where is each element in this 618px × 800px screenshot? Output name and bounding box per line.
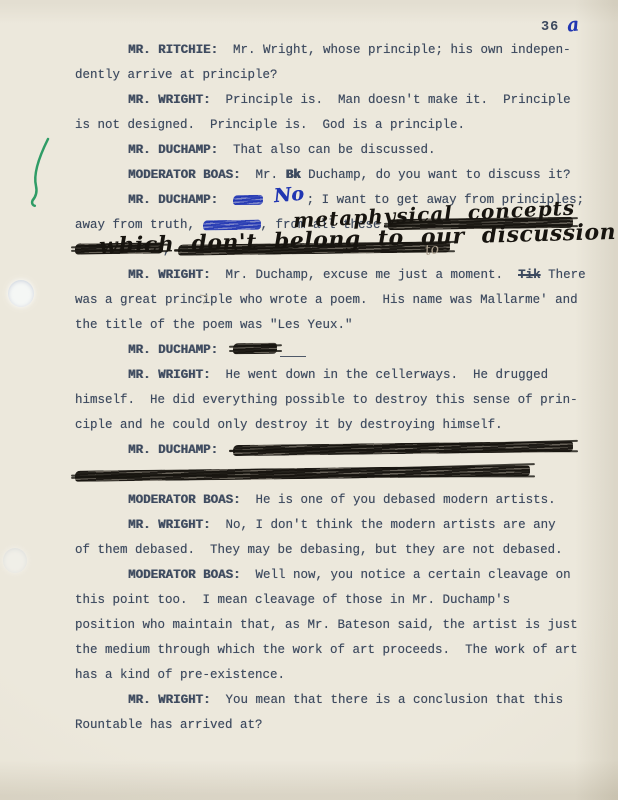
punch-hole-bottom <box>3 548 27 573</box>
ink-underline-mark <box>280 351 306 357</box>
transcript-line: ciple and he could only destroy it by de… <box>75 413 595 438</box>
typed-text: He is one of you debased modern artists. <box>241 493 556 507</box>
typed-text: Duchamp, do you want to discuss it? <box>301 168 571 182</box>
scanned-transcript-page: 36 a MR. RITCHIE: Mr. Wright, whose prin… <box>0 0 618 800</box>
typed-text: this point too. I mean cleavage of those… <box>75 593 510 607</box>
transcript-line: MR. DUCHAMP: <box>75 438 595 463</box>
typed-text: Rountable has arrived at? <box>75 718 263 732</box>
transcript-line: Rountable has arrived at? <box>75 713 595 738</box>
blue-ink-scribble <box>233 194 263 204</box>
typed-text: He went down in the cellerways. He drugg… <box>211 368 549 382</box>
transcript-body: MR. RITCHIE: Mr. Wright, whose principle… <box>75 38 595 738</box>
typed-text: has a kind of pre-existence. <box>75 668 285 682</box>
typed-text: the medium through which the work of art… <box>75 643 578 657</box>
typed-text: of them debased. They may be debasing, b… <box>75 543 563 557</box>
speaker-label: MR. WRIGHT: <box>128 368 211 382</box>
transcript-line: himself. He did everything possible to d… <box>75 388 595 413</box>
transcript-line: MR. RITCHIE: Mr. Wright, whose principle… <box>75 38 595 63</box>
struckout-word: Tik <box>518 268 541 282</box>
transcript-line: has a kind of pre-existence. <box>75 663 595 688</box>
speaker-label: MODERATOR BOAS: <box>128 493 241 507</box>
speaker-label: MR. WRIGHT: <box>128 268 211 282</box>
typed-text: Mr. Duchamp, excuse me just a moment. <box>211 268 519 282</box>
transcript-line: of them debased. They may be debasing, b… <box>75 538 595 563</box>
transcript-line: this point too. I mean cleavage of those… <box>75 588 595 613</box>
green-checkmark-annotation <box>24 134 58 210</box>
punch-hole-top <box>8 280 34 307</box>
speaker-label: MR. WRIGHT: <box>128 93 211 107</box>
blue-ink-scribble <box>202 219 260 229</box>
transcript-line: MR. WRIGHT: Mr. Duchamp, excuse me just … <box>75 263 595 288</box>
speaker-label: MR. WRIGHT: <box>128 693 211 707</box>
transcript-line <box>75 463 595 488</box>
typed-text: himself. He did everything possible to d… <box>75 393 578 407</box>
typed-text: position who maintain that, as Mr. Bates… <box>75 618 578 632</box>
typed-text: Mr. <box>241 168 286 182</box>
handwritten-no-correction: No <box>273 188 304 203</box>
typed-text: away from truth, <box>75 218 203 232</box>
speaker-label: MR. DUCHAMP: <box>128 443 218 457</box>
typed-text: ciple and he could only destroy it by de… <box>75 418 503 432</box>
speaker-label: MR. DUCHAMP: <box>128 193 218 207</box>
transcript-line: MR. WRIGHT: He went down in the cellerwa… <box>75 363 595 388</box>
transcript-line: MR. DUCHAMP: That also can be discussed. <box>75 138 595 163</box>
transcript-line: MR. WRIGHT: Principle is. Man doesn't ma… <box>75 88 595 113</box>
transcript-line: MR. WRIGHT: No, I don't think the modern… <box>75 513 595 538</box>
typed-text: the title of the poem was "Les Yeux." <box>75 318 353 332</box>
typed-text: Well now, you notice a certain cleavage … <box>241 568 571 582</box>
transcript-line: the title of the poem was "Les Yeux." <box>75 313 595 338</box>
ink-scribble-blackout <box>233 441 573 456</box>
speaker-label: MR. WRIGHT: <box>128 518 211 532</box>
typed-text: Mr. Wright, whose principle; his own ind… <box>218 43 571 57</box>
typed-text <box>263 193 271 207</box>
ink-scribble-blackout <box>75 465 530 482</box>
typed-text: was a great principle who wrote a poem. … <box>75 293 578 307</box>
transcript-line: is not designed. Principle is. God is a … <box>75 113 595 138</box>
transcript-line: MR. WRIGHT: You mean that there is a con… <box>75 688 595 713</box>
transcript-line: was a great principle who wrote a poem. … <box>75 288 595 313</box>
transcript-line: position who maintain that, as Mr. Bates… <box>75 613 595 638</box>
page-number-handwritten-suffix: a <box>566 13 581 36</box>
typed-text: You mean that there is a conclusion that… <box>211 693 564 707</box>
speaker-label: MODERATOR BOAS: <box>128 168 241 182</box>
transcript-line: the medium through which the work of art… <box>75 638 595 663</box>
transcript-line: MR. DUCHAMP: <box>75 338 595 363</box>
transcript-line: MODERATOR BOAS: Well now, you notice a c… <box>75 563 595 588</box>
transcript-line: dently arrive at principle? <box>75 63 595 88</box>
typed-text: That also can be discussed. <box>218 143 436 157</box>
pencil-annotation-to: to <box>424 241 440 259</box>
transcript-line: MODERATOR BOAS: Mr. Bk Duchamp, do you w… <box>75 163 595 188</box>
speaker-label: MR. DUCHAMP: <box>128 143 218 157</box>
speaker-label: MR. DUCHAMP: <box>128 343 218 357</box>
overtyped-word: Bk <box>286 168 301 182</box>
transcript-line: MODERATOR BOAS: He is one of you debased… <box>75 488 595 513</box>
ink-scribble-blackout <box>233 343 277 355</box>
speaker-label: MR. RITCHIE: <box>128 43 218 57</box>
typed-text <box>218 193 233 207</box>
typed-text: Principle is. Man doesn't make it. Princ… <box>211 93 571 107</box>
typed-text: dently arrive at principle? <box>75 68 278 82</box>
typed-text: No, I don't think the modern artists are… <box>211 518 556 532</box>
speaker-label: MODERATOR BOAS: <box>128 568 241 582</box>
typed-text: There <box>541 268 586 282</box>
page-number: 36 <box>541 20 559 35</box>
typed-text: is not designed. Principle is. God is a … <box>75 118 465 132</box>
